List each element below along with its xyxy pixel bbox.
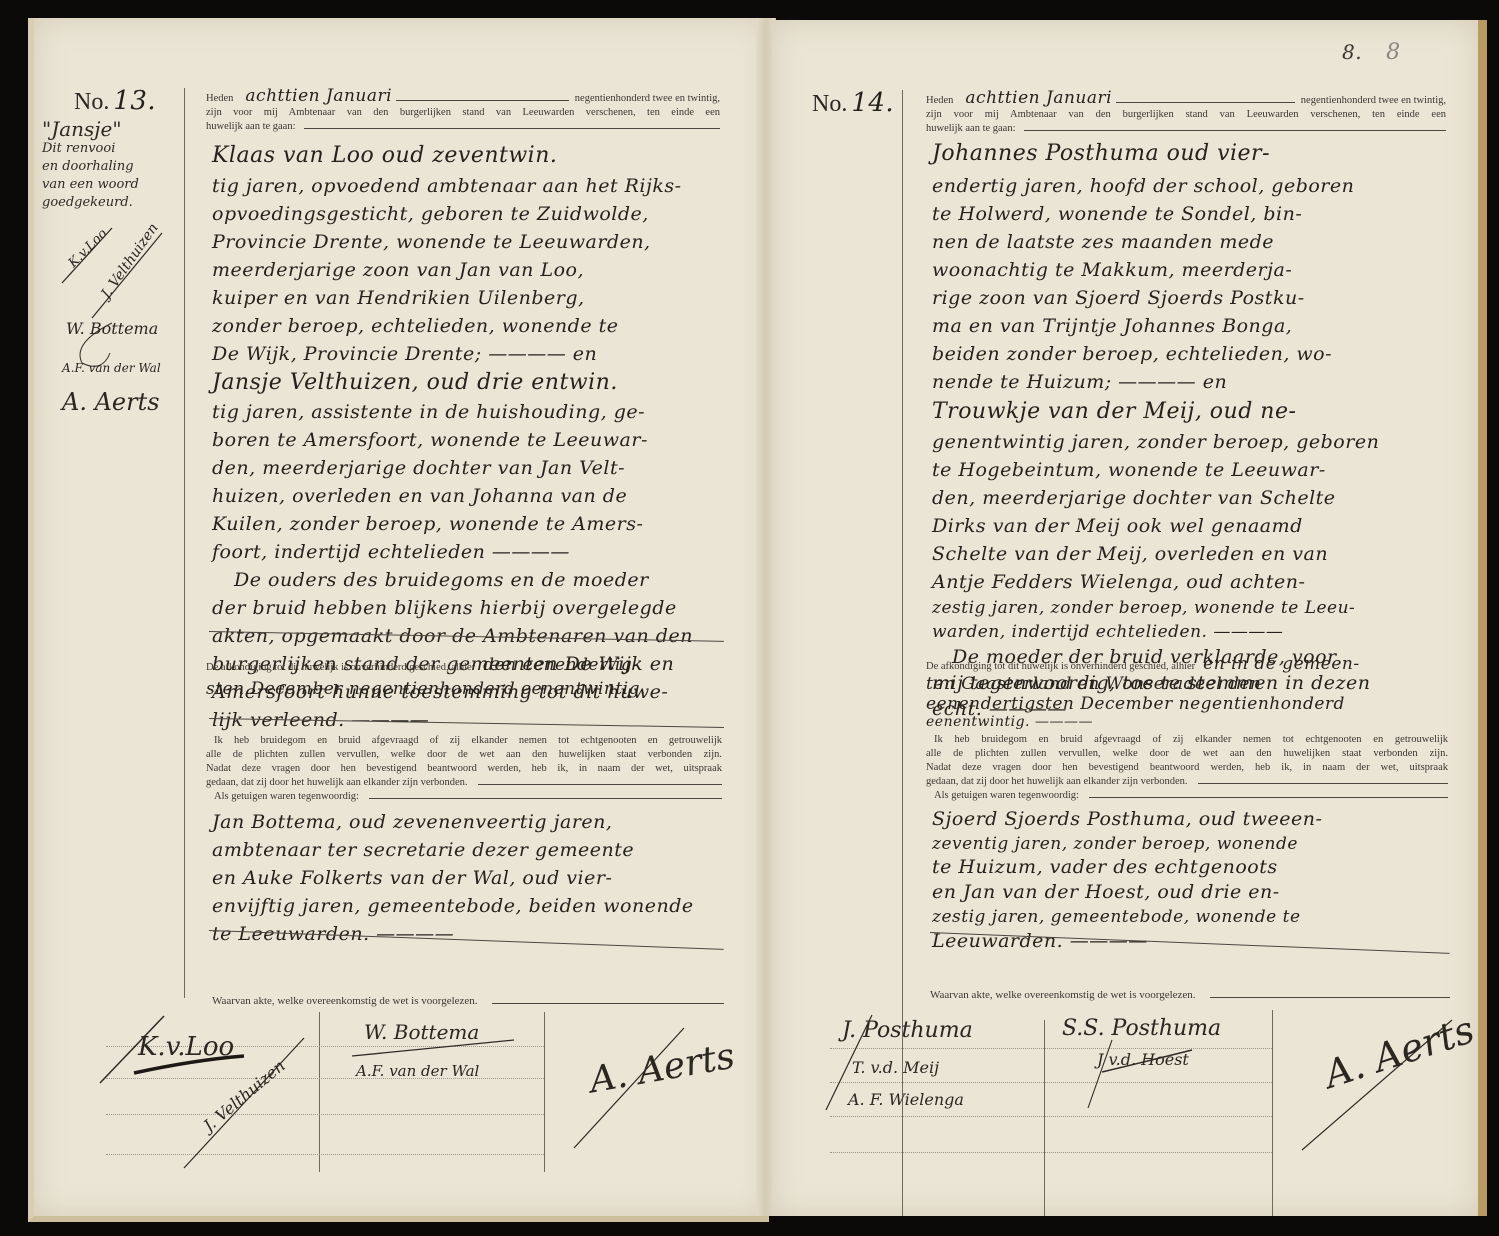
- vows-section: Ik heb bruidegom en bruid afgevraagd of …: [926, 733, 1448, 803]
- record-body: Johannes Posthuma oud vier- endertig jar…: [932, 136, 1447, 722]
- signature-block: J. Posthuma T. v.d. Meij A. F. Wielenga …: [812, 1000, 1492, 1180]
- vows-section: Ik heb bruidegom en bruid afgevraagd of …: [206, 734, 722, 804]
- witnesses-section: Sjoerd Sjoerds Posthuma, oud tweeen- zev…: [932, 806, 1452, 953]
- record-heading: Heden achttien Januari negentienhonderd …: [926, 88, 1446, 136]
- afkondiging-section: De afkondiging tot dit huwelijk is onver…: [206, 655, 726, 699]
- margin-signatures: K.v.Loo J. Velthuizen W. Bottema A.F. va…: [52, 223, 182, 453]
- open-register-book: No. 13. "Jansje" Dit renvooi en doorhali…: [20, 10, 1490, 1225]
- record-heading: Heden achttien Januari negentienhonderd …: [206, 86, 720, 134]
- margin-annotation: "Jansje" Dit renvooi en doorhaling van e…: [42, 118, 182, 212]
- folio-number: 8. 8: [1342, 40, 1400, 65]
- witnesses-section: Jan Bottema, oud zevenenveertig jaren, a…: [212, 808, 724, 948]
- afkondiging-section: De afkondiging tot dit huwelijk is onver…: [926, 654, 1454, 730]
- closing-statement: Waarvan akte, welke overeenkomstig de we…: [212, 994, 724, 1008]
- margin-rule: [184, 88, 185, 998]
- right-page: 8. 8 No. 14. Heden achttien Januari nege…: [772, 20, 1487, 1216]
- record-number-13: No. 13.: [74, 86, 156, 116]
- signature-block: K.v.Loo J. Velthuizen W. Bottema A.F. va…: [94, 1008, 774, 1178]
- record-body: Klaas van Loo oud zeventwin. tig jaren, …: [212, 140, 722, 734]
- record-number-14: No. 14.: [812, 88, 894, 118]
- left-page: No. 13. "Jansje" Dit renvooi en doorhali…: [28, 18, 769, 1222]
